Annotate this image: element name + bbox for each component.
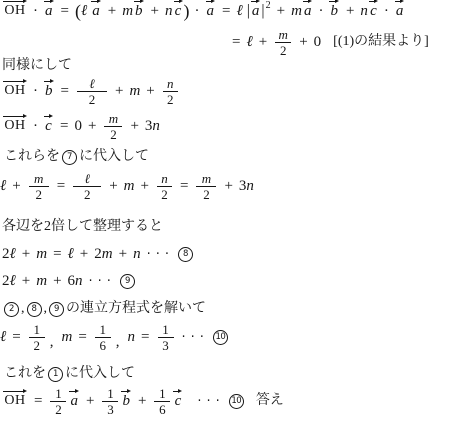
- operator: +: [22, 247, 30, 262]
- math-char: |: [247, 3, 250, 19]
- fraction: n2: [157, 172, 172, 201]
- vector-oh: OH: [3, 78, 27, 98]
- math-term: 6n: [68, 274, 83, 289]
- numerator: 1: [55, 387, 62, 400]
- operator: =: [57, 179, 65, 194]
- vector-symbol: c: [369, 4, 378, 19]
- math-char: 6: [100, 339, 107, 352]
- math-term: m: [36, 247, 47, 262]
- math-term: m: [124, 179, 135, 194]
- math-term: |: [261, 3, 264, 19]
- denominator: 2: [161, 188, 168, 201]
- math-char: m: [34, 172, 43, 185]
- ellipsis-dots: ···: [147, 248, 174, 261]
- dot-product-operator: ·: [33, 84, 38, 99]
- operator: =: [53, 247, 61, 262]
- numerator: ℓ: [84, 172, 89, 185]
- math-char: n: [167, 77, 174, 90]
- numerator: m: [109, 112, 118, 125]
- fraction: m2: [196, 172, 216, 201]
- vector-arrow-icon: [329, 0, 339, 4]
- text-double-both-sides: 各辺を2倍して整理すると: [2, 217, 163, 237]
- vector-symbol: OH: [4, 4, 25, 18]
- dot-product-operator: ·: [384, 4, 389, 19]
- denominator: 3: [162, 339, 169, 352]
- math-term: 3n: [145, 119, 160, 134]
- operator: +: [141, 179, 149, 194]
- math-char: 2: [161, 188, 168, 201]
- text-solve-simultaneous: 2,8,9の連立方程式を解いて: [2, 299, 206, 319]
- eq-oh-dot-c: OH·c=0+m2+3n: [2, 109, 160, 143]
- math-char: 0: [74, 119, 82, 134]
- operator: +: [88, 119, 96, 134]
- vector-symbol: a: [91, 4, 101, 19]
- numerator: 1: [100, 323, 107, 336]
- numerator: 1: [33, 323, 40, 336]
- fraction: n2: [163, 77, 178, 106]
- math-term: m: [122, 4, 133, 19]
- operator: =: [232, 35, 240, 50]
- eq-final-answer: OH=12a+13b+16c···10答え: [2, 384, 284, 418]
- fraction: ℓ2: [73, 172, 101, 201]
- math-char: m: [36, 274, 47, 289]
- circled-number-7: 7: [62, 150, 77, 165]
- vector-symbol: a: [251, 4, 261, 19]
- vector-arrow-icon: [91, 0, 101, 4]
- math-char: ℓ: [84, 172, 89, 185]
- fraction: 16: [95, 323, 111, 352]
- math-char: 2: [203, 188, 210, 201]
- denominator: 2: [33, 339, 40, 352]
- vector-arrow-icon: [173, 388, 182, 394]
- math-char: m: [109, 112, 118, 125]
- math-char: 1: [162, 323, 169, 336]
- math-char: m: [129, 84, 140, 99]
- math-char: 2: [33, 339, 40, 352]
- math-char: 3: [162, 339, 169, 352]
- vector-arrow-icon: [44, 113, 53, 119]
- vector-a: a: [395, 0, 405, 19]
- numerator: n: [167, 77, 174, 90]
- operator: =: [141, 330, 149, 345]
- math-char: n: [152, 119, 160, 134]
- math-char: ℓ: [246, 35, 252, 50]
- vector-c: c: [369, 0, 378, 19]
- fraction: m2: [275, 28, 291, 57]
- math-char: 2: [2, 274, 10, 289]
- math-term: 2ℓ: [2, 247, 16, 262]
- operator: =: [222, 4, 230, 19]
- math-char: 1: [33, 323, 40, 336]
- eq-8: 2ℓ+m=ℓ+2m+n···8: [2, 244, 195, 264]
- vector-arrow-icon: [395, 0, 405, 4]
- ellipsis-dots: ···: [89, 275, 116, 288]
- vector-oh: OH: [3, 388, 27, 408]
- operator: +: [119, 247, 127, 262]
- vector-b: b: [121, 388, 131, 409]
- math-term: ℓ: [68, 247, 74, 262]
- text-label: 各辺を2倍して整理すると: [2, 220, 163, 234]
- vector-symbol: a: [303, 4, 313, 19]
- math-char: ℓ: [0, 330, 6, 345]
- vector-arrow-icon: [3, 78, 27, 84]
- vector-a: a: [69, 388, 79, 409]
- operator: =: [60, 119, 68, 134]
- eq-9: 2ℓ+m+6n···9: [2, 271, 137, 291]
- vector-arrow-icon: [303, 0, 313, 4]
- math-char: 3: [239, 179, 247, 194]
- numerator: ℓ: [89, 77, 94, 90]
- operator: +: [259, 35, 267, 50]
- denominator: 6: [100, 339, 107, 352]
- math-char: 2: [167, 93, 174, 106]
- vector-symbol: a: [206, 4, 216, 19]
- vector-arrow-icon: [369, 0, 378, 4]
- text-substitute-into-7: これらを7に代入して: [4, 147, 149, 167]
- operator: +: [86, 394, 94, 409]
- operator: +: [108, 4, 116, 19]
- math-char: n: [360, 4, 368, 19]
- text-similarly: 同様にして: [2, 56, 72, 76]
- math-char: n: [133, 247, 141, 262]
- vector-symbol: b: [134, 4, 144, 19]
- vector-oh: OH: [3, 0, 27, 18]
- operator: =: [61, 4, 69, 19]
- fraction: 12: [50, 387, 66, 416]
- vector-symbol: a: [69, 394, 79, 409]
- spacer: [321, 42, 333, 43]
- math-char: 2: [94, 247, 102, 262]
- fraction: m2: [29, 172, 49, 201]
- operator: +: [53, 274, 61, 289]
- circled-number-9: 9: [120, 274, 135, 289]
- math-term: 2m: [94, 247, 112, 262]
- math-term: m: [129, 84, 140, 99]
- eq-oh-dot-a-result: =ℓ+m2+0[(1)の結果より]: [226, 25, 429, 59]
- math-char: m: [291, 4, 302, 19]
- math-char: 2: [35, 188, 42, 201]
- operator: +: [130, 119, 138, 134]
- math-char: 1: [159, 387, 166, 400]
- vector-a: a: [44, 0, 54, 19]
- dot-product-operator: ·: [318, 4, 323, 19]
- numerator: m: [202, 172, 211, 185]
- vector-arrow-icon: [44, 0, 54, 4]
- math-term: n: [133, 247, 141, 262]
- operator: =: [61, 84, 69, 99]
- operator: =: [180, 179, 188, 194]
- vector-symbol: c: [174, 394, 183, 409]
- vector-symbol: OH: [4, 394, 25, 408]
- math-char: ℓ: [89, 77, 94, 90]
- vector-symbol: a: [44, 4, 54, 19]
- math-char: n: [246, 179, 254, 194]
- math-term: n: [360, 4, 368, 19]
- dot-product-operator: ·: [195, 4, 200, 19]
- text-label: の連立方程式を解いて: [66, 302, 206, 316]
- vector-c: c: [173, 388, 182, 409]
- vector-c: c: [44, 113, 53, 134]
- vector-b: b: [134, 0, 144, 19]
- numerator: 1: [162, 323, 169, 336]
- denominator: 2: [203, 188, 210, 201]
- circled-number-10: 10: [229, 394, 244, 409]
- math-char: m: [102, 247, 113, 262]
- math-char: 1: [55, 387, 62, 400]
- numerator: n: [161, 172, 168, 185]
- math-term: 3n: [239, 179, 254, 194]
- math-char: 2: [89, 93, 96, 106]
- math-term: 0: [314, 35, 322, 50]
- denominator: 2: [84, 188, 91, 201]
- eq-substituted-into-7: ℓ+m2=ℓ2+m+n2=m2+3n: [0, 169, 254, 203]
- math-term: |: [247, 3, 250, 19]
- denominator: 3: [107, 403, 114, 416]
- operator: +: [12, 179, 20, 194]
- denominator: 6: [159, 403, 166, 416]
- vector-arrow-icon: [44, 78, 54, 84]
- vector-arrow-icon: [174, 0, 183, 4]
- vector-symbol: b: [121, 394, 131, 409]
- math-char: ℓ: [0, 179, 6, 194]
- math-char: 2: [55, 403, 62, 416]
- numerator: 1: [159, 387, 166, 400]
- vector-arrow-icon: [3, 113, 27, 119]
- operator: +: [146, 84, 154, 99]
- denominator: 2: [89, 93, 96, 106]
- text-substitute-into-1: これを1に代入して: [4, 364, 135, 384]
- math-char: 1: [100, 323, 107, 336]
- eq-oh-dot-a-expansion: OH·a=(ℓa+mb+nc)·a=ℓ|a|2+ma·b+nc·a: [2, 1, 405, 21]
- vector-b: b: [44, 78, 54, 99]
- numerator: 1: [107, 387, 114, 400]
- text-label: 答え: [256, 394, 284, 408]
- vector-symbol: OH: [4, 119, 25, 133]
- operator: =: [78, 330, 86, 345]
- fraction: 12: [29, 323, 45, 352]
- math-term: n: [128, 330, 136, 345]
- math-term: ℓ: [246, 35, 252, 50]
- math-char: n: [128, 330, 136, 345]
- vector-symbol: b: [329, 4, 339, 19]
- vector-c: c: [174, 0, 183, 19]
- vector-a: a: [251, 0, 261, 19]
- eq-oh-dot-b: OH·b=ℓ2+m+n2: [2, 74, 180, 108]
- operator: ,: [50, 335, 54, 350]
- circled-number-10: 10: [213, 330, 228, 345]
- circled-number-2: 2: [4, 302, 19, 317]
- fraction: 13: [158, 323, 174, 352]
- math-char: 1: [107, 387, 114, 400]
- circled-number-1: 1: [48, 367, 63, 382]
- fraction: 13: [102, 387, 118, 416]
- vector-arrow-icon: [69, 388, 79, 394]
- text-label: に代入して: [79, 150, 149, 164]
- vector-symbol: c: [174, 4, 183, 19]
- vector-arrow-icon: [3, 0, 27, 4]
- math-char: m: [202, 172, 211, 185]
- text-label: 同様にして: [2, 59, 72, 73]
- circled-number-8: 8: [178, 247, 193, 262]
- fraction: ℓ2: [77, 77, 107, 106]
- math-char: m: [61, 330, 72, 345]
- operator: +: [299, 35, 307, 50]
- operator: +: [277, 4, 285, 19]
- numerator: m: [34, 172, 43, 185]
- text-label: [(1)の結果より]: [333, 35, 429, 49]
- text-label: これらを: [4, 150, 60, 164]
- vector-symbol: b: [44, 84, 54, 99]
- math-char: 3: [107, 403, 114, 416]
- math-char: 2: [84, 188, 91, 201]
- math-char: 6: [68, 274, 76, 289]
- vector-symbol: c: [44, 119, 53, 134]
- math-char: 3: [145, 119, 153, 134]
- math-worksheet-document: OH·a=(ℓa+mb+nc)·a=ℓ|a|2+ma·b+nc·a=ℓ+m2+0…: [0, 0, 450, 424]
- math-char: 2: [110, 128, 117, 141]
- vector-a: a: [91, 0, 101, 19]
- vector-arrow-icon: [251, 0, 261, 4]
- vector-b: b: [329, 0, 339, 19]
- spacer: [246, 401, 256, 402]
- operator: +: [22, 274, 30, 289]
- operator: ,: [116, 335, 120, 350]
- vector-symbol: a: [395, 4, 405, 19]
- fraction: 16: [154, 387, 170, 416]
- denominator: 2: [110, 128, 117, 141]
- vector-arrow-icon: [206, 0, 216, 4]
- math-term: ): [184, 2, 190, 20]
- dot-product-operator: ·: [33, 4, 38, 19]
- ellipsis-dots: ···: [197, 395, 224, 408]
- math-char: ): [184, 2, 190, 20]
- vector-a: a: [303, 0, 313, 19]
- vector-arrow-icon: [3, 388, 27, 394]
- math-char: n: [75, 274, 83, 289]
- math-char: ℓ: [10, 247, 16, 262]
- text-label: これを: [4, 367, 46, 381]
- superscript: 2: [266, 1, 271, 11]
- math-char: m: [36, 247, 47, 262]
- text-label: ,: [21, 302, 25, 316]
- vector-arrow-icon: [134, 0, 144, 4]
- math-term: 2ℓ: [2, 274, 16, 289]
- math-term: ℓ: [0, 330, 6, 345]
- circled-number-9: 9: [49, 302, 64, 317]
- math-char: ℓ: [68, 247, 74, 262]
- eq-solutions-10: ℓ=12,m=16,n=13···10: [0, 320, 230, 354]
- math-char: 6: [159, 403, 166, 416]
- ellipsis-dots: ···: [182, 331, 209, 344]
- fraction: m2: [104, 112, 122, 141]
- math-char: n: [161, 172, 168, 185]
- math-char: m: [122, 4, 133, 19]
- math-char: |: [261, 3, 264, 19]
- vector-arrow-icon: [121, 388, 131, 394]
- operator: +: [138, 394, 146, 409]
- math-char: 2: [280, 44, 287, 57]
- text-label: に代入して: [65, 367, 135, 381]
- math-term: ℓ: [0, 179, 6, 194]
- vector-oh: OH: [3, 113, 27, 133]
- vector-symbol: OH: [4, 84, 25, 98]
- math-term: m: [36, 274, 47, 289]
- vector-a: a: [206, 0, 216, 19]
- denominator: 2: [167, 93, 174, 106]
- denominator: 2: [55, 403, 62, 416]
- denominator: 2: [280, 44, 287, 57]
- math-term: 0: [74, 119, 82, 134]
- operator: +: [151, 4, 159, 19]
- math-char: 0: [314, 35, 322, 50]
- math-term: m: [61, 330, 72, 345]
- dot-product-operator: ·: [33, 119, 38, 134]
- math-term: m: [291, 4, 302, 19]
- circled-number-8: 8: [27, 302, 42, 317]
- math-char: 2: [2, 247, 10, 262]
- operator: +: [346, 4, 354, 19]
- denominator: 2: [35, 188, 42, 201]
- math-char: m: [124, 179, 135, 194]
- operator: +: [115, 84, 123, 99]
- math-char: n: [165, 4, 173, 19]
- math-char: ℓ: [10, 274, 16, 289]
- operator: =: [12, 330, 20, 345]
- operator: +: [224, 179, 232, 194]
- operator: =: [34, 394, 42, 409]
- math-char: m: [278, 28, 287, 41]
- spacer: [183, 401, 191, 402]
- numerator: m: [278, 28, 287, 41]
- text-label: ,: [44, 302, 48, 316]
- math-term: n: [165, 4, 173, 19]
- spacer: [87, 11, 90, 12]
- operator: +: [80, 247, 88, 262]
- operator: +: [109, 179, 117, 194]
